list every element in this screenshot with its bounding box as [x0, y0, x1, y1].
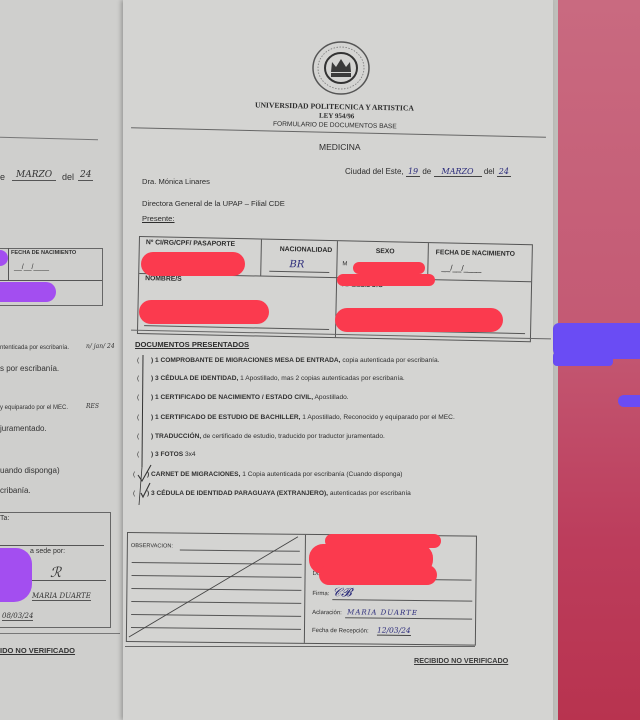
- redaction-mark: [618, 395, 640, 407]
- redaction-mark: [0, 548, 32, 602]
- reception-date-value: 12/03/24: [377, 626, 411, 636]
- nationality-value: BR: [289, 259, 304, 270]
- back-birth-value: __/__/____: [14, 264, 49, 271]
- clarification-value: MARIA DUARTE: [347, 608, 418, 617]
- date-line: Ciudad del Este, 19 de MARZO del 24: [345, 167, 511, 176]
- date-month-field: MARZO: [434, 167, 482, 177]
- sex-label: SEXO: [376, 248, 395, 255]
- name-label: NOMBRE/S: [145, 275, 182, 283]
- career-title: MEDICINA: [319, 142, 361, 152]
- sex-option: M: [342, 261, 347, 267]
- signature-value: 𝒞𝓑: [332, 585, 351, 600]
- date-year-field: 24: [497, 167, 511, 177]
- document-item-checked[interactable]: () 3 CÉDULA DE IDENTIDAD PARAGUAYA (EXTR…: [133, 490, 411, 497]
- birth-date-label: FECHA DE NACIMIENTO: [436, 249, 515, 258]
- back-birth-label: FECHA DE NACIMIENTO: [11, 250, 76, 256]
- back-doc-line: juramentado.: [0, 424, 47, 433]
- date-prefix: Ciudad del Este,: [345, 167, 404, 176]
- back-handwritten-note: RES: [86, 403, 99, 410]
- document-item-checked[interactable]: () CARNET DE MIGRACIONES, 1 Copia autent…: [133, 471, 402, 478]
- back-doc-line: s por escribanía.: [0, 364, 59, 373]
- date-day-field: 19: [406, 167, 420, 177]
- back-box-label: Ta:: [0, 515, 9, 522]
- form-title: FORMULARIO DE DOCUMENTOS BASE: [273, 121, 397, 131]
- reception-date-label: Fecha de Recepción:: [312, 628, 369, 635]
- back-date-month: MARZO: [12, 170, 56, 181]
- back-doc-line: y equiparado por el MEC.: [0, 405, 68, 411]
- back-date-del: del: [62, 172, 74, 182]
- back-clarification-value: MARIA DUARTE: [32, 592, 91, 601]
- back-doc-line: ntenticada por escribanía.: [0, 345, 69, 351]
- document-item[interactable]: () 1 CERTIFICADO DE NACIMIENTO / ESTADO …: [137, 394, 349, 401]
- id-label: Nº CI/RG/CPF/ PASAPORTE: [146, 239, 235, 248]
- document-item[interactable]: () 1 CERTIFICADO DE ESTUDIO DE BACHILLER…: [137, 414, 455, 421]
- date-de: de: [422, 167, 431, 176]
- back-stamp: IDO NO VERIFICADO: [0, 646, 75, 655]
- redaction-mark: [139, 300, 269, 324]
- back-date-de: e: [0, 172, 5, 182]
- redaction-mark: [553, 352, 613, 366]
- back-signature: ℛ: [50, 565, 61, 581]
- addressee-greeting: Presente:: [142, 214, 175, 223]
- date-del: del: [484, 167, 495, 176]
- clarification-label: Aclaración:: [312, 610, 342, 616]
- documents-list: () 1 COMPROBANTE DE MIGRACIONES MESA DE …: [123, 355, 553, 515]
- observation-cross-out-line: [127, 533, 306, 643]
- reception-stamp: RECIBIDO NO VERIFICADO: [414, 656, 508, 665]
- addressee-position: Directora General de la UPAP – Filial CD…: [142, 199, 285, 208]
- redaction-mark: [337, 274, 435, 286]
- form-document-page: UNIVERSIDAD POLITECNICA Y ARTISTICA LEY …: [123, 0, 553, 720]
- back-document-page: e MARZO del 24 FECHA DE NACIMIENTO __/__…: [0, 0, 123, 720]
- signature-label: Firma:: [312, 591, 329, 597]
- document-item[interactable]: () 3 CÉDULA DE IDENTIDAD, 1 Apostillado,…: [137, 375, 405, 382]
- university-name: UNIVERSIDAD POLITECNICA Y ARTISTICA: [255, 100, 414, 112]
- birth-date-field: __/__/____: [441, 263, 481, 273]
- redaction-mark: [335, 308, 503, 332]
- nationality-label: NACIONALIDAD: [280, 246, 333, 254]
- document-item[interactable]: () 1 COMPROBANTE DE MIGRACIONES MESA DE …: [137, 357, 440, 364]
- back-doc-line: cribanía.: [0, 486, 31, 495]
- university-seal-crown-icon: [311, 40, 371, 96]
- back-doc-line: uando disponga): [0, 466, 60, 475]
- redaction-mark: [0, 282, 56, 302]
- back-box-label: a sede por:: [30, 548, 65, 555]
- back-date-value: 08/03/24: [2, 612, 33, 621]
- redaction-mark: [353, 262, 425, 274]
- university-law: LEY 954/96: [319, 112, 354, 121]
- redaction-mark: [141, 252, 245, 276]
- handwritten-checkmarks-icon: [131, 355, 161, 505]
- document-item[interactable]: () TRADUCCIÓN, de certificado de estudio…: [137, 433, 385, 440]
- redaction-mark: [319, 565, 437, 585]
- background-surface: [553, 0, 640, 720]
- back-date-year: 24: [78, 170, 93, 181]
- back-handwritten-note: n/ jan/ 24: [86, 343, 115, 350]
- addressee-name: Dra. Mónica Linares: [142, 177, 210, 186]
- documents-title: DOCUMENTOS PRESENTADOS: [135, 340, 249, 349]
